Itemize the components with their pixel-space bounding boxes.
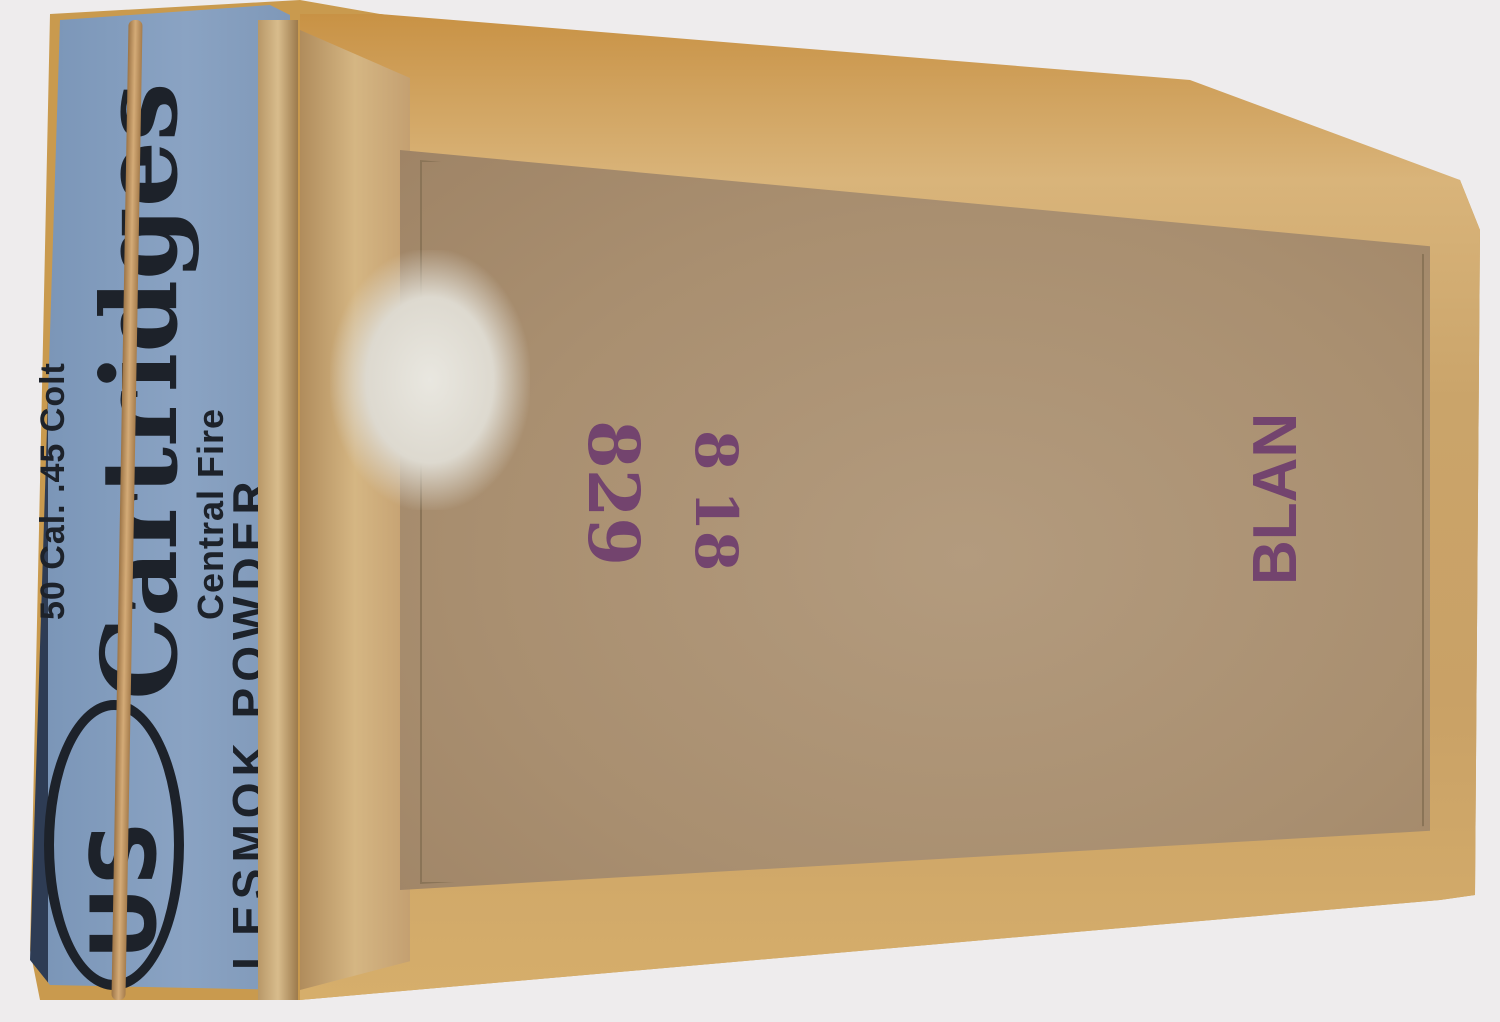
white-stain [330,250,530,510]
stamp-number-1: 829 [572,420,655,566]
box-flap [300,30,410,990]
label-caliber: 50 Cal. .45 Colt [34,362,73,620]
box-edge [258,20,298,1000]
stamp-number-2: 8 18 [682,430,750,571]
stamp-word: BLAN [1240,413,1311,585]
photo-scene: 829 8 18 BLAN 50 Cal. .45 Colt Cartridge… [0,0,1500,1022]
cartridge-box: 829 8 18 BLAN 50 Cal. .45 Colt Cartridge… [0,0,1500,1022]
